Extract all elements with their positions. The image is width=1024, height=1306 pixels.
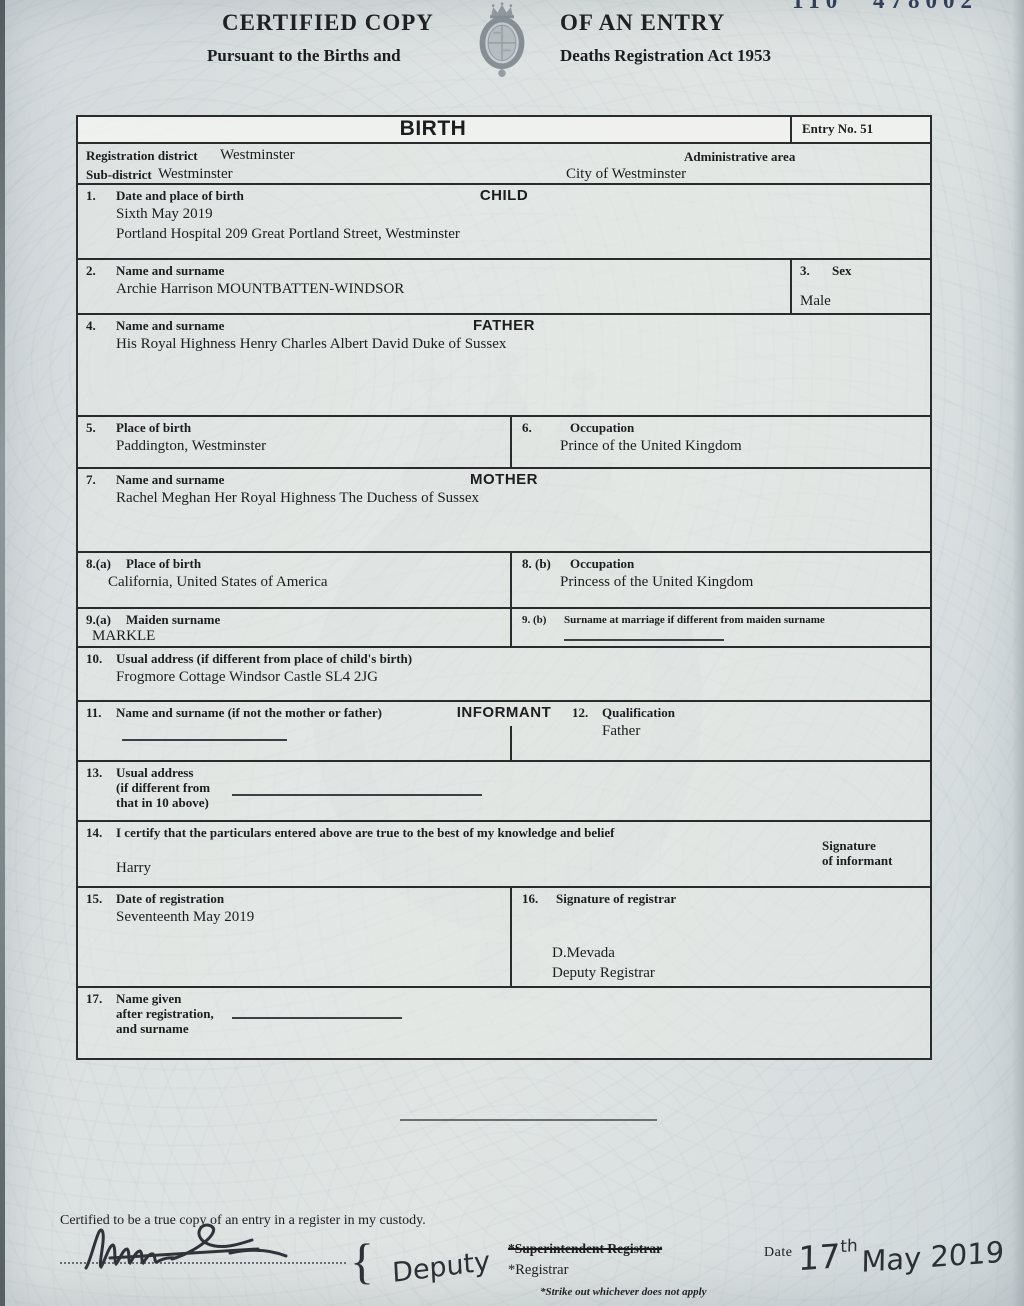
administrative-area-label: Administrative area <box>684 149 795 165</box>
form-title: BIRTH <box>78 117 788 141</box>
row-15-16-registration: 15. Date of registration Seventeenth May… <box>78 888 930 988</box>
field-17-number: 17. <box>86 991 102 1007</box>
row-5-6-father-birth-occupation: 5. Place of birth Paddington, Westminste… <box>78 417 930 469</box>
field-13-label-line2: (if different from <box>116 780 210 796</box>
sub-district-label: Sub-district <box>86 167 152 183</box>
field-9b-blank-line <box>564 639 724 641</box>
field-8b-label: Occupation <box>570 556 634 572</box>
field-14-number: 14. <box>86 825 102 841</box>
registration-district-value: Westminster <box>220 147 295 164</box>
section-informant: INFORMANT <box>78 704 930 721</box>
row-1-date-place-of-birth: 1. Date and place of birth CHILD Sixth M… <box>78 185 930 260</box>
scan-edge-right <box>1012 0 1024 1306</box>
row-8-mother-birth-occupation: 8.(a) Place of birth California, United … <box>78 553 930 609</box>
field-5-label: Place of birth <box>116 420 191 436</box>
field-14-label: I certify that the particulars entered a… <box>116 825 615 841</box>
row-13-informant-address: 13. Usual address (if different from tha… <box>78 762 930 822</box>
strike-out-note: *Strike out whichever does not apply <box>540 1286 707 1298</box>
royal-crest-icon <box>470 0 534 82</box>
field-10-value: Frogmore Cottage Windsor Castle SL4 2JG <box>116 669 378 686</box>
field-14-value: Harry <box>116 860 151 877</box>
row-district: Registration district Westminster Admini… <box>78 144 930 185</box>
field-9b-label: Surname at marriage if different from ma… <box>564 614 825 626</box>
registration-district-label: Registration district <box>86 148 198 164</box>
row-4-father-name: 4. Name and surname FATHER His Royal Hig… <box>78 315 930 417</box>
field-16-cell: 16. Signature of registrar D.Mevada Depu… <box>510 888 930 986</box>
field-16-number: 16. <box>522 891 538 907</box>
brace-glyph: { <box>350 1232 374 1290</box>
field-2-value: Archie Harrison MOUNTBATTEN-WINDSOR <box>116 281 404 298</box>
field-10-number: 10. <box>86 651 102 667</box>
row-17-name-after-registration: 17. Name given after registration, and s… <box>78 988 930 1058</box>
field-2-label: Name and surname <box>116 263 224 279</box>
field-15-value: Seventeenth May 2019 <box>116 909 254 926</box>
header-certified-copy: CERTIFIED COPY <box>222 10 434 36</box>
field-17-label-line3: and surname <box>116 1021 189 1037</box>
row-7-mother-name: 7. Name and surname MOTHER Rachel Meghan… <box>78 469 930 553</box>
field-11-blank-line <box>122 739 287 741</box>
date-label: Date <box>764 1245 792 1261</box>
field-16-registrar-name: D.Mevada <box>552 945 615 962</box>
field-6-label: Occupation <box>570 420 634 436</box>
field-7-value: Rachel Meghan Her Royal Highness The Duc… <box>116 490 479 507</box>
entry-no-cell: Entry No. 51 <box>790 117 930 142</box>
field-9b-cell: 9. (b) Surname at marriage if different … <box>510 609 930 646</box>
signature-of-informant-label-line1: Signature <box>822 838 876 854</box>
field-8b-number: 8. (b) <box>522 556 551 572</box>
row-title: BIRTH Entry No. 51 <box>78 117 930 144</box>
row-2-3-name-sex: 2. Name and surname Archie Harrison MOUN… <box>78 260 930 315</box>
field-9a-label: Maiden surname <box>126 612 220 628</box>
field-3-value: Male <box>800 293 831 310</box>
certificate-serial-stamp: 110 478002 <box>792 0 1020 13</box>
field-9a-cell: 9.(a) Maiden surname MARKLE <box>78 609 510 646</box>
signature-of-informant-label-line2: of informant <box>822 853 892 869</box>
field-8a-number: 8.(a) <box>86 556 111 572</box>
field-9a-number: 9.(a) <box>86 612 111 628</box>
field-17-label-line1: Name given <box>116 991 181 1007</box>
registrar-label: *Registrar <box>508 1262 568 1279</box>
section-mother: MOTHER <box>78 471 930 488</box>
field-12-value: Father <box>602 723 640 740</box>
field-5-cell: 5. Place of birth Paddington, Westminste… <box>78 417 510 467</box>
field-8a-label: Place of birth <box>126 556 201 572</box>
field-4-value: His Royal Highness Henry Charles Albert … <box>116 336 506 353</box>
handwritten-date-day: 17 <box>798 1236 841 1278</box>
custodian-signature <box>80 1220 305 1280</box>
field-16-label: Signature of registrar <box>556 891 676 907</box>
row-14-certification: 14. I certify that the particulars enter… <box>78 822 930 888</box>
row-11-12-informant: 11. Name and surname (if not the mother … <box>78 702 930 762</box>
field-9a-value: MARKLE <box>92 628 155 645</box>
administrative-area-value: City of Westminster <box>566 166 686 183</box>
field-15-cell: 15. Date of registration Seventeenth May… <box>78 888 510 986</box>
serial-number-partial: 110 478002 <box>792 0 978 13</box>
field-9b-number: 9. (b) <box>522 614 546 626</box>
field-6-number: 6. <box>522 420 532 436</box>
field-5-value: Paddington, Westminster <box>116 438 266 455</box>
field-8a-value: California, United States of America <box>108 574 328 591</box>
field-3-label: Sex <box>832 263 852 279</box>
field-13-number: 13. <box>86 765 102 781</box>
field-3-number: 3. <box>800 263 810 279</box>
separator-line <box>400 1119 657 1121</box>
field-1-value-place: Portland Hospital 209 Great Portland Str… <box>116 226 460 243</box>
header-pursuant: Pursuant to the Births and <box>207 46 401 66</box>
field-8b-value: Princess of the United Kingdom <box>560 574 753 591</box>
field-1-value-date: Sixth May 2019 <box>116 206 213 223</box>
field-2-number: 2. <box>86 263 96 279</box>
scan-edge-left <box>0 0 5 1306</box>
superintendent-registrar-struck-label: *Superintendent Registrar <box>508 1241 662 1257</box>
handwritten-date: 17thMay 2019 <box>798 1225 1005 1279</box>
row-10-usual-address: 10. Usual address (if different from pla… <box>78 648 930 702</box>
field-13-blank-line <box>232 794 482 796</box>
field-6-cell: 6. Occupation Prince of the United Kingd… <box>510 417 930 467</box>
field-16-registrar-title: Deputy Registrar <box>552 965 655 982</box>
field-10-label: Usual address (if different from place o… <box>116 651 412 667</box>
header-of-an-entry: OF AN ENTRY <box>560 10 725 36</box>
field-3-cell: 3. Sex Male <box>790 260 930 313</box>
field-13-label-line3: that in 10 above) <box>116 795 209 811</box>
entry-no: Entry No. 51 <box>802 121 873 137</box>
field-8b-cell: 8. (b) Occupation Princess of the United… <box>510 553 930 607</box>
handwritten-date-suffix: th <box>840 1236 858 1257</box>
birth-certificate-page: 110 478002 CERTIFIED COPY OF AN ENTRY Pu… <box>0 0 1024 1306</box>
informant-divider <box>510 726 512 760</box>
handwritten-deputy: Deputy <box>392 1246 491 1289</box>
field-2-cell: 2. Name and surname Archie Harrison MOUN… <box>78 260 790 313</box>
field-6-value: Prince of the United Kingdom <box>560 438 742 455</box>
field-17-label-line2: after registration, <box>116 1006 214 1022</box>
sub-district-value: Westminster <box>158 166 233 183</box>
field-13-label-line1: Usual address <box>116 765 193 781</box>
field-5-number: 5. <box>86 420 96 436</box>
section-father: FATHER <box>78 317 930 334</box>
section-child: CHILD <box>78 187 930 204</box>
header-act: Deaths Registration Act 1953 <box>560 46 771 66</box>
birth-register-table: BIRTH Entry No. 51 Registration district… <box>76 115 932 1060</box>
field-12-number: 12. <box>572 705 588 721</box>
field-15-number: 15. <box>86 891 102 907</box>
field-17-blank-line <box>232 1017 402 1019</box>
field-12-label: Qualification <box>602 705 675 721</box>
field-8a-cell: 8.(a) Place of birth California, United … <box>78 553 510 607</box>
row-9-maiden-surname: 9.(a) Maiden surname MARKLE 9. (b) Surna… <box>78 609 930 648</box>
handwritten-date-rest: May 2019 <box>861 1235 1004 1279</box>
field-15-label: Date of registration <box>116 891 224 907</box>
